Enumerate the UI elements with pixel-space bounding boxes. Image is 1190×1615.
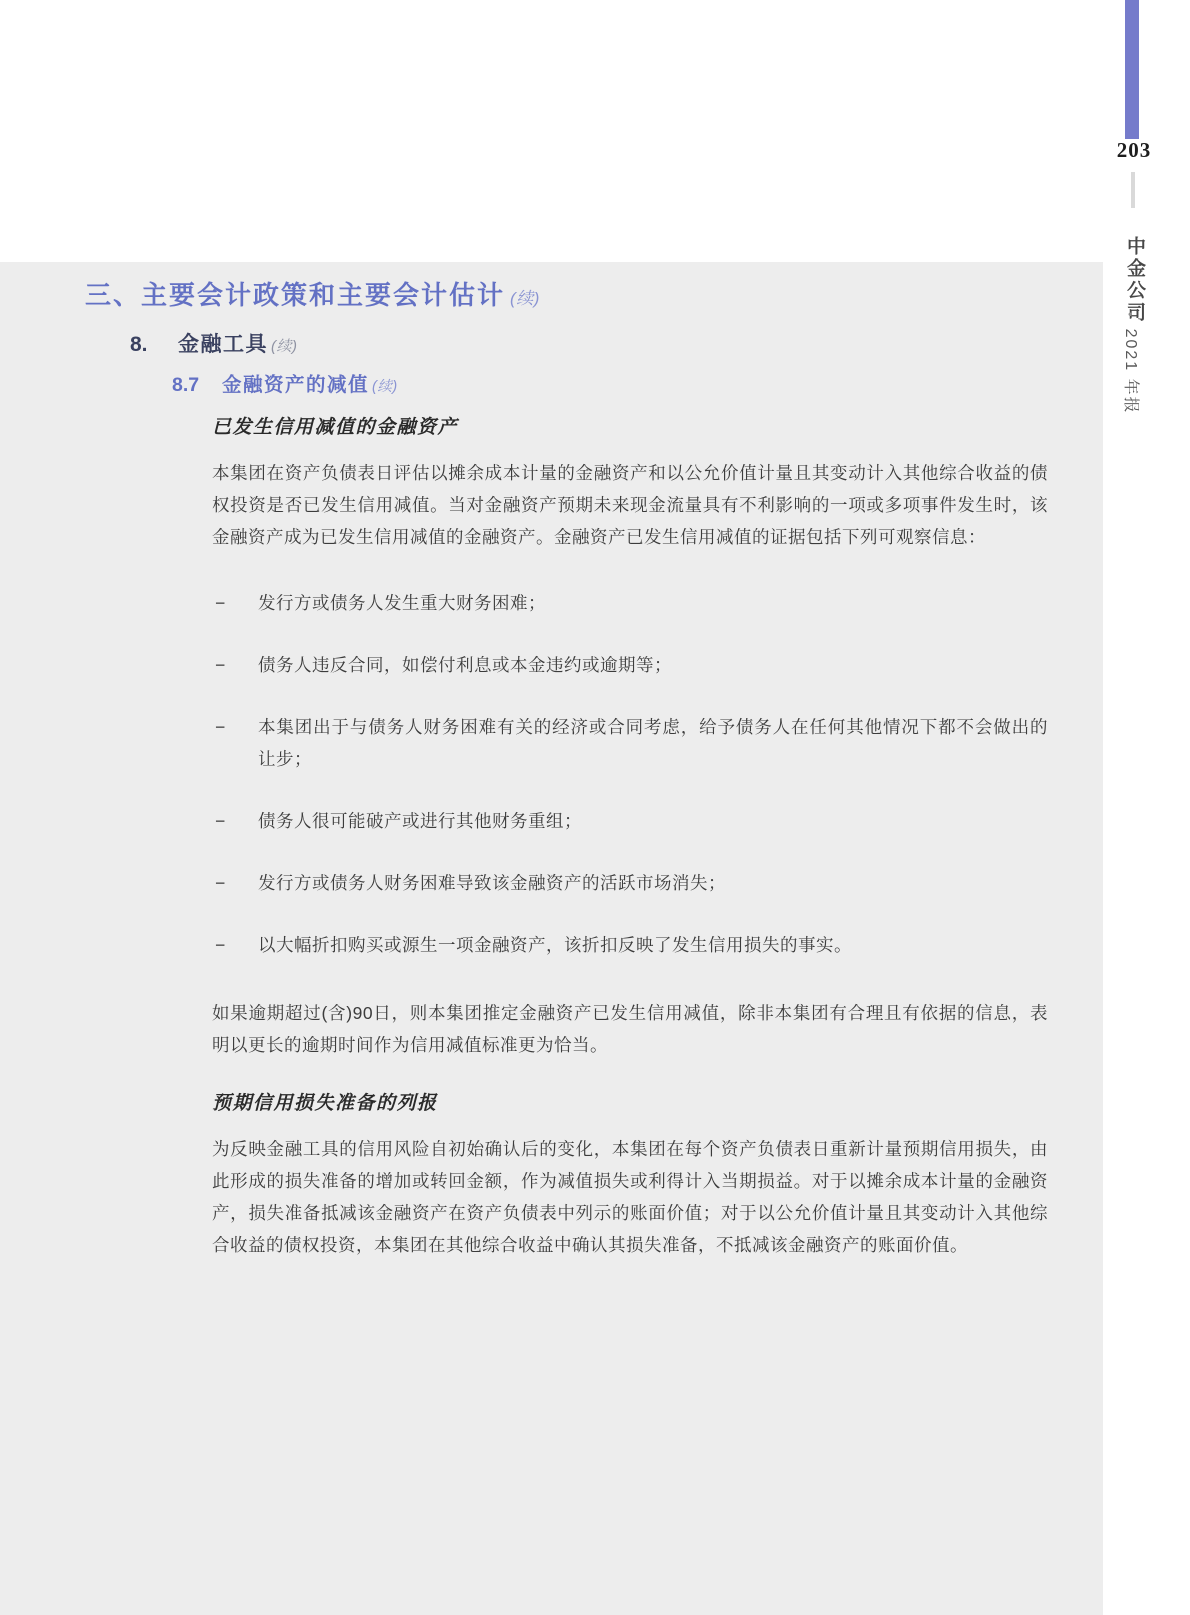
overdue-presumption-paragraph: 如果逾期超过(含)90日，则本集团推定金融资产已发生信用减值，除非本集团有合理且…	[212, 997, 1048, 1061]
credit-impaired-assets-heading: 已发生信用减值的金融资产	[212, 415, 1103, 440]
bullet-item: − 本集团出于与债务人财务困难有关的经济或合同考虑，给予债务人在任何其他情况下都…	[215, 711, 1048, 775]
bullet-text: 以大幅折扣购买或源生一项金融资产，该折扣反映了发生信用损失的事实。	[258, 929, 1048, 961]
bullet-dash-icon: −	[215, 867, 258, 899]
subsection-title: 金融工具(续)	[178, 331, 298, 360]
bullet-text: 发行方或债务人发生重大财务困难；	[258, 587, 1048, 619]
bullet-item: − 发行方或债务人财务困难导致该金融资产的活跃市场消失；	[215, 867, 1048, 899]
content-panel: 三、主要会计政策和主要会计估计(续) 8. 金融工具(续) 8.7 金融资产的减…	[0, 262, 1103, 1615]
bullet-text: 本集团出于与债务人财务困难有关的经济或合同考虑，给予债务人在任何其他情况下都不会…	[258, 711, 1048, 775]
bullet-dash-icon: −	[215, 587, 258, 619]
subsection-continued-suffix: (续)	[271, 338, 298, 355]
bullet-text: 发行方或债务人财务困难导致该金融资产的活跃市场消失；	[258, 867, 1048, 899]
bullet-item: − 债务人很可能破产或进行其他财务重组；	[215, 805, 1048, 837]
subsubsection-title: 金融资产的减值(续)	[222, 373, 398, 400]
subsection-number: 8.	[130, 331, 178, 358]
section-title: 主要会计政策和主要会计估计	[141, 280, 505, 310]
sidebar-report-year: 2021 年报	[1122, 329, 1139, 415]
accent-bar	[1125, 0, 1139, 139]
sidebar-company-name: 中金公司	[1121, 236, 1148, 324]
page-number-divider	[1131, 172, 1135, 208]
section-number: 三、	[85, 280, 141, 310]
section-heading: 三、主要会计政策和主要会计估计(续)	[85, 278, 1103, 316]
ecl-presentation-paragraph: 为反映金融工具的信用风险自初始确认后的变化，本集团在每个资产负债表日重新计量预期…	[212, 1133, 1048, 1261]
bullet-dash-icon: −	[215, 929, 258, 961]
credit-impaired-intro-paragraph: 本集团在资产负债表日评估以摊余成本计量的金融资产和以公允价值计量且其变动计入其他…	[212, 457, 1048, 553]
subsubsection-continued-suffix: (续)	[372, 379, 398, 395]
subsubsection-number: 8.7	[172, 373, 222, 398]
report-page: 203 中金公司 •2021 年报 三、主要会计政策和主要会计估计(续) 8. …	[0, 0, 1190, 1615]
bullet-dash-icon: −	[215, 711, 258, 775]
subsection-heading: 8. 金融工具(续)	[130, 331, 1103, 360]
separator-dot-icon: •	[1123, 312, 1138, 319]
sidebar-report-caption: •2021 年报	[1121, 312, 1144, 415]
bullet-item: − 发行方或债务人发生重大财务困难；	[215, 587, 1048, 619]
bullet-text: 债务人很可能破产或进行其他财务重组；	[258, 805, 1048, 837]
ecl-presentation-heading: 预期信用损失准备的列报	[212, 1091, 1103, 1116]
bullet-dash-icon: −	[215, 805, 258, 837]
bullet-item: − 债务人违反合同，如偿付利息或本金违约或逾期等；	[215, 649, 1048, 681]
page-number: 203	[1103, 138, 1165, 163]
subsubsection-heading: 8.7 金融资产的减值(续)	[172, 373, 1103, 400]
bullet-text: 债务人违反合同，如偿付利息或本金违约或逾期等；	[258, 649, 1048, 681]
bullet-dash-icon: −	[215, 649, 258, 681]
section-continued-suffix: (续)	[510, 289, 540, 308]
bullet-item: − 以大幅折扣购买或源生一项金融资产，该折扣反映了发生信用损失的事实。	[215, 929, 1048, 961]
